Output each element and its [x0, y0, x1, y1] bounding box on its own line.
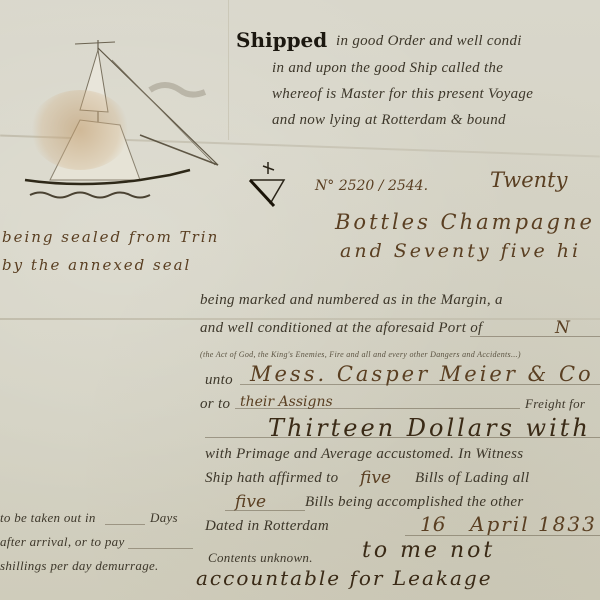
label-or-to: or to [200, 396, 230, 413]
field-bills-accomplished: five [235, 492, 266, 512]
label-unto: unto [205, 372, 233, 389]
body-line-conditioned: and well conditioned at the aforesaid Po… [200, 320, 483, 337]
freight-rule [205, 437, 600, 438]
consignee-rule [240, 384, 600, 385]
label-dated: Dated in Rotterdam [205, 518, 329, 535]
port-rule [470, 336, 600, 337]
term-after-arrival: after arrival, or to pay [0, 534, 125, 550]
term-demurrage: shillings per day demurrage. [0, 558, 159, 574]
marks-number: N° 2520 / 2544. [315, 178, 428, 194]
field-bills-count: five [360, 468, 391, 488]
heading-shipped: Shipped [236, 28, 327, 52]
printed-line-1: in good Order and well condi [336, 33, 522, 50]
left-note-line-2: by the annexed seal [2, 256, 191, 274]
body-line-marked: being marked and numbered as in the Marg… [200, 292, 503, 309]
bills-rule [225, 510, 305, 511]
printed-line-2: in and upon the good Ship called the [272, 60, 503, 77]
fold-crease-vertical [228, 0, 229, 140]
field-date-day: 16 [420, 512, 445, 536]
label-freight: Freight for [525, 396, 585, 412]
cargo-line-1: Twenty [490, 168, 568, 192]
cargo-line-2: Bottles Champagne [335, 210, 595, 234]
triangle-mark-icon [248, 160, 288, 215]
body-line-accomplished: Bills being accomplished the other [305, 494, 524, 511]
note-line-2: accountable for Leakage [196, 566, 493, 590]
body-line-affirmed: Ship hath affirmed to [205, 470, 338, 487]
field-date-month-year: April 1833 [470, 512, 597, 536]
note-line-1: to me not [362, 538, 495, 563]
printed-line-3: whereof is Master for this present Voyag… [272, 86, 533, 103]
field-port: N [555, 318, 570, 338]
body-line-bills-lading: Bills of Lading all [415, 470, 529, 487]
assigns-rule [235, 408, 520, 409]
term-taken-out: to be taken out in [0, 510, 96, 526]
pay-rule [128, 548, 193, 549]
field-consignee: Mess. Casper Meier & Co [250, 362, 594, 386]
printed-line-4: and now lying at Rotterdam & bound [272, 112, 506, 129]
wax-seal-icon [30, 90, 130, 170]
body-line-primage: with Primage and Average accustomed. In … [205, 446, 523, 463]
date-rule [405, 535, 600, 536]
left-note-line-1: being sealed from Trin [2, 228, 219, 246]
cargo-line-3: and Seventy five hi [340, 240, 581, 262]
days-rule [105, 524, 145, 525]
term-days: Days [150, 510, 178, 526]
label-contents-unknown: Contents unknown. [208, 550, 313, 566]
body-line-dangers: (the Act of God, the King's Enemies, Fir… [200, 350, 521, 359]
